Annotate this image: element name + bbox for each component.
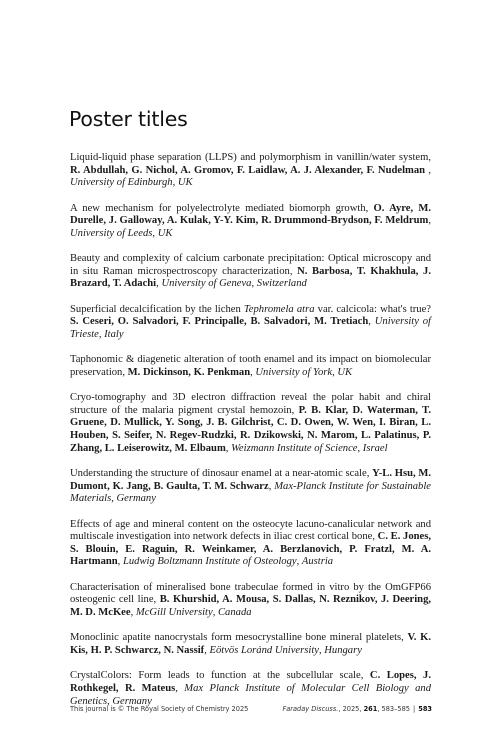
species-name: Tephromela atra [244, 304, 315, 315]
poster-institution: University of Geneva [161, 278, 251, 289]
poster-country: Italy [104, 329, 123, 340]
poster-country: Switzerland [257, 278, 307, 289]
poster-country: UK [158, 228, 173, 239]
poster-country: Israel [363, 443, 388, 454]
page-range: , 583–585 [377, 705, 410, 713]
page-title: Poster titles [69, 107, 188, 131]
poster-entry: Cryo-tomography and 3D electron diffract… [70, 392, 431, 455]
poster-title: Superficial decalcification by the liche… [70, 304, 431, 315]
poster-entry: Beauty and complexity of calcium carbona… [70, 253, 431, 291]
poster-title: Taphonomic & diagenetic alteration of to… [70, 354, 431, 378]
poster-country: Canada [218, 607, 252, 618]
poster-institution: Ludwig Boltzmann Institute of Osteology [123, 556, 297, 567]
poster-entry: A new mechanism for polyelectrolyte medi… [70, 203, 431, 241]
poster-authors: M. Dickinson, K. Penkman [128, 367, 250, 378]
citation-year: , 2025, [338, 705, 363, 713]
poster-institution: University of Edinburgh [70, 177, 173, 188]
poster-country: Hungary [324, 645, 362, 656]
poster-authors: R. Abdullah, G. Nichol, A. Gromov, F. La… [70, 165, 428, 176]
separator: | [413, 705, 415, 713]
poster-country: UK [178, 177, 193, 188]
poster-title-part: var. calcicola: what's true? [315, 304, 431, 315]
poster-institution: Weizmann Institute of Science [231, 443, 357, 454]
poster-institution: McGill University [136, 607, 213, 618]
poster-institution: Eötvös Loránd University [210, 645, 319, 656]
poster-title: CrystalColors: Form leads to function at… [70, 670, 361, 681]
poster-entry: Superficial decalcification by the liche… [70, 304, 431, 342]
poster-list: Liquid-liquid phase separation (LLPS) an… [70, 152, 431, 721]
poster-entry: CrystalColors: Form leads to function at… [70, 670, 431, 708]
poster-entry: Taphonomic & diagenetic alteration of to… [70, 354, 431, 379]
poster-country: Germany [117, 493, 156, 504]
poster-title: Liquid-liquid phase separation (LLPS) an… [70, 152, 428, 163]
poster-entry: Liquid-liquid phase separation (LLPS) an… [70, 152, 431, 190]
poster-title: Monoclinic apatite nanocrystals form mes… [70, 632, 401, 643]
poster-entry: Understanding the structure of dinosaur … [70, 468, 431, 506]
poster-authors: S. Ceseri, O. Salvadori, F. Principalle,… [70, 316, 368, 327]
page-footer: This journal is © The Royal Society of C… [70, 705, 432, 713]
poster-institution: University of Leeds [70, 228, 152, 239]
poster-title: A new mechanism for polyelectrolyte medi… [70, 203, 366, 214]
poster-entry: Characterisation of mineralised bone tra… [70, 582, 431, 620]
poster-title-part: Superficial decalcification by the liche… [70, 304, 244, 315]
poster-country: UK [337, 367, 352, 378]
poster-institution: University of York [255, 367, 332, 378]
poster-entry: Monoclinic apatite nanocrystals form mes… [70, 632, 431, 657]
poster-entry: Effects of age and mineral content on th… [70, 519, 431, 569]
volume: 261 [364, 705, 378, 713]
poster-title: Understanding the structure of dinosaur … [70, 468, 367, 479]
poster-country: Austria [302, 556, 333, 567]
page-number: 583 [418, 705, 432, 713]
copyright-notice: This journal is © The Royal Society of C… [70, 705, 248, 713]
journal-name: Faraday Discuss. [282, 705, 338, 713]
citation: Faraday Discuss., 2025, 261, 583–585|583 [282, 705, 432, 713]
